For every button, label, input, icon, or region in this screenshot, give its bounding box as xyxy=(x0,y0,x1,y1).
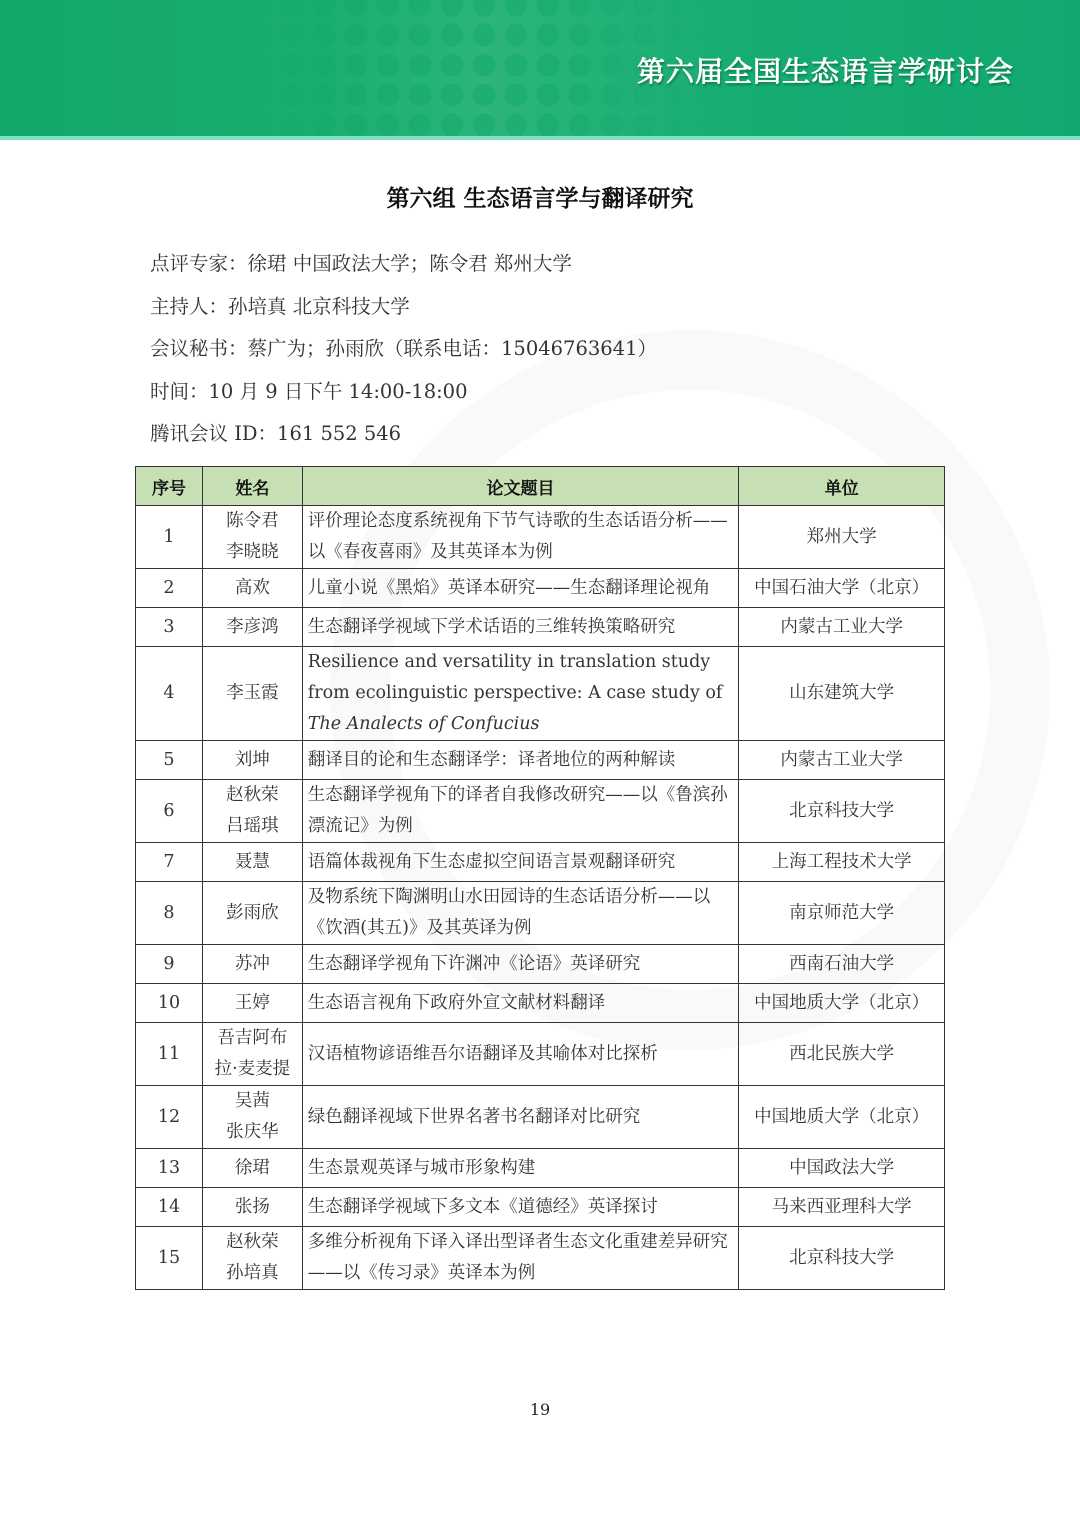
time-line: 时间：10 月 9 日下午 14:00-18:00 xyxy=(150,371,657,414)
papers-table: 序号 姓名 论文题目 单位 1陈令君李晓晓评价理论态度系统视角下节气诗歌的生态话… xyxy=(135,466,945,1290)
author-name: 拉·麦麦提 xyxy=(207,1054,298,1085)
row-index: 15 xyxy=(136,1227,203,1290)
author-name: 赵秋荣 xyxy=(207,780,298,811)
row-index: 12 xyxy=(136,1086,203,1149)
header-unit: 单位 xyxy=(739,467,945,506)
row-index: 10 xyxy=(136,984,203,1023)
table-row: 1陈令君李晓晓评价理论态度系统视角下节气诗歌的生态话语分析——以《春夜喜雨》及其… xyxy=(136,506,945,569)
conference-banner: 第六届全国生态语言学研讨会 xyxy=(0,0,1080,140)
table-row: 11吾吉阿布拉·麦麦提汉语植物谚语维吾尔语翻译及其喻体对比探析西北民族大学 xyxy=(136,1023,945,1086)
session-info: 点评专家：徐珺 中国政法大学；陈令君 郑州大学 主持人：孙培真 北京科技大学 会… xyxy=(150,243,657,456)
row-index: 13 xyxy=(136,1149,203,1188)
row-affiliation: 郑州大学 xyxy=(739,506,945,569)
row-affiliation: 西北民族大学 xyxy=(739,1023,945,1086)
row-index: 14 xyxy=(136,1188,203,1227)
banner-divider xyxy=(0,136,1080,140)
table-row: 3李彦鸿生态翻译学视域下学术话语的三维转换策略研究内蒙古工业大学 xyxy=(136,608,945,647)
row-paper-title: 翻译目的论和生态翻译学：译者地位的两种解读 xyxy=(302,741,738,780)
author-name: 孙培真 xyxy=(207,1258,298,1289)
row-affiliation: 西南石油大学 xyxy=(739,945,945,984)
table-body: 1陈令君李晓晓评价理论态度系统视角下节气诗歌的生态话语分析——以《春夜喜雨》及其… xyxy=(136,506,945,1290)
table-row: 8彭雨欣及物系统下陶渊明山水田园诗的生态话语分析——以《饮酒(其五)》及其英译为… xyxy=(136,882,945,945)
author-name: 张扬 xyxy=(207,1192,298,1223)
conference-title: 第六届全国生态语言学研讨会 xyxy=(637,50,1014,90)
author-name: 陈令君 xyxy=(207,506,298,537)
row-paper-title: 生态语言视角下政府外宣文献材料翻译 xyxy=(302,984,738,1023)
row-authors: 李彦鸿 xyxy=(202,608,302,647)
row-affiliation: 中国政法大学 xyxy=(739,1149,945,1188)
table-row: 14张扬生态翻译学视域下多文本《道德经》英译探讨马来西亚理科大学 xyxy=(136,1188,945,1227)
header-name: 姓名 xyxy=(202,467,302,506)
author-name: 王婷 xyxy=(207,988,298,1019)
row-authors: 刘坤 xyxy=(202,741,302,780)
row-paper-title: 绿色翻译视域下世界名著书名翻译对比研究 xyxy=(302,1086,738,1149)
row-affiliation: 北京科技大学 xyxy=(739,780,945,843)
row-affiliation: 中国地质大学（北京） xyxy=(739,984,945,1023)
header-title: 论文题目 xyxy=(302,467,738,506)
row-affiliation: 中国石油大学（北京） xyxy=(739,569,945,608)
row-index: 4 xyxy=(136,647,203,741)
author-name: 徐珺 xyxy=(207,1153,298,1184)
row-index: 8 xyxy=(136,882,203,945)
author-name: 李玉霞 xyxy=(207,678,298,709)
row-authors: 徐珺 xyxy=(202,1149,302,1188)
row-affiliation: 中国地质大学（北京） xyxy=(739,1086,945,1149)
author-name: 刘坤 xyxy=(207,745,298,776)
row-affiliation: 南京师范大学 xyxy=(739,882,945,945)
row-index: 6 xyxy=(136,780,203,843)
author-name: 赵秋荣 xyxy=(207,1227,298,1258)
row-paper-title: 生态景观英译与城市形象构建 xyxy=(302,1149,738,1188)
author-name: 李彦鸿 xyxy=(207,612,298,643)
reviewers-line: 点评专家：徐珺 中国政法大学；陈令君 郑州大学 xyxy=(150,243,657,286)
row-affiliation: 山东建筑大学 xyxy=(739,647,945,741)
paper-title-text: Resilience and versatility in translatio… xyxy=(308,652,723,703)
table-row: 10王婷生态语言视角下政府外宣文献材料翻译中国地质大学（北京） xyxy=(136,984,945,1023)
row-index: 3 xyxy=(136,608,203,647)
row-paper-title: 及物系统下陶渊明山水田园诗的生态话语分析——以《饮酒(其五)》及其英译为例 xyxy=(302,882,738,945)
host-line: 主持人：孙培真 北京科技大学 xyxy=(150,286,657,329)
author-name: 吴茜 xyxy=(207,1086,298,1117)
row-paper-title: 生态翻译学视域下学术话语的三维转换策略研究 xyxy=(302,608,738,647)
table-row: 5刘坤翻译目的论和生态翻译学：译者地位的两种解读内蒙古工业大学 xyxy=(136,741,945,780)
table-row: 12吴茜张庆华绿色翻译视域下世界名著书名翻译对比研究中国地质大学（北京） xyxy=(136,1086,945,1149)
author-name: 彭雨欣 xyxy=(207,898,298,929)
table-row: 9苏冲生态翻译学视角下许渊冲《论语》英译研究西南石油大学 xyxy=(136,945,945,984)
table-row: 4李玉霞Resilience and versatility in transl… xyxy=(136,647,945,741)
row-authors: 吴茜张庆华 xyxy=(202,1086,302,1149)
row-affiliation: 上海工程技术大学 xyxy=(739,843,945,882)
row-authors: 赵秋荣吕瑶琪 xyxy=(202,780,302,843)
row-index: 1 xyxy=(136,506,203,569)
row-index: 7 xyxy=(136,843,203,882)
row-index: 2 xyxy=(136,569,203,608)
row-authors: 彭雨欣 xyxy=(202,882,302,945)
table-row: 6赵秋荣吕瑶琪生态翻译学视角下的译者自我修改研究——以《鲁滨孙漂流记》为例北京科… xyxy=(136,780,945,843)
table-row: 13徐珺生态景观英译与城市形象构建中国政法大学 xyxy=(136,1149,945,1188)
row-affiliation: 马来西亚理科大学 xyxy=(739,1188,945,1227)
row-paper-title: 生态翻译学视域下多文本《道德经》英译探讨 xyxy=(302,1188,738,1227)
author-name: 高欢 xyxy=(207,573,298,604)
row-authors: 李玉霞 xyxy=(202,647,302,741)
row-authors: 高欢 xyxy=(202,569,302,608)
row-authors: 王婷 xyxy=(202,984,302,1023)
row-index: 5 xyxy=(136,741,203,780)
table-row: 7聂慧语篇体裁视角下生态虚拟空间语言景观翻译研究上海工程技术大学 xyxy=(136,843,945,882)
author-name: 苏冲 xyxy=(207,949,298,980)
row-authors: 陈令君李晓晓 xyxy=(202,506,302,569)
author-name: 吾吉阿布 xyxy=(207,1023,298,1054)
row-authors: 赵秋荣孙培真 xyxy=(202,1227,302,1290)
author-name: 李晓晓 xyxy=(207,537,298,568)
row-paper-title: 多维分析视角下译入译出型译者生态文化重建差异研究——以《传习录》英译本为例 xyxy=(302,1227,738,1290)
row-paper-title: 生态翻译学视角下的译者自我修改研究——以《鲁滨孙漂流记》为例 xyxy=(302,780,738,843)
row-paper-title: 汉语植物谚语维吾尔语翻译及其喻体对比探析 xyxy=(302,1023,738,1086)
table-row: 2高欢儿童小说《黑焰》英译本研究——生态翻译理论视角中国石油大学（北京） xyxy=(136,569,945,608)
row-paper-title: 语篇体裁视角下生态虚拟空间语言景观翻译研究 xyxy=(302,843,738,882)
author-name: 张庆华 xyxy=(207,1117,298,1148)
author-name: 聂慧 xyxy=(207,847,298,878)
row-index: 11 xyxy=(136,1023,203,1086)
row-authors: 张扬 xyxy=(202,1188,302,1227)
row-paper-title: Resilience and versatility in translatio… xyxy=(302,647,738,741)
row-authors: 聂慧 xyxy=(202,843,302,882)
meeting-id-line: 腾讯会议 ID：161 552 546 xyxy=(150,413,657,456)
section-title: 第六组 生态语言学与翻译研究 xyxy=(0,180,1080,213)
row-authors: 苏冲 xyxy=(202,945,302,984)
row-index: 9 xyxy=(136,945,203,984)
table-row: 15赵秋荣孙培真多维分析视角下译入译出型译者生态文化重建差异研究——以《传习录》… xyxy=(136,1227,945,1290)
row-affiliation: 内蒙古工业大学 xyxy=(739,608,945,647)
row-affiliation: 北京科技大学 xyxy=(739,1227,945,1290)
row-paper-title: 生态翻译学视角下许渊冲《论语》英译研究 xyxy=(302,945,738,984)
table-header-row: 序号 姓名 论文题目 单位 xyxy=(136,467,945,506)
header-index: 序号 xyxy=(136,467,203,506)
row-paper-title: 儿童小说《黑焰》英译本研究——生态翻译理论视角 xyxy=(302,569,738,608)
author-name: 吕瑶琪 xyxy=(207,811,298,842)
paper-title-italic: The Analects of Confucius xyxy=(308,714,540,734)
secretary-line: 会议秘书：蔡广为；孙雨欣（联系电话：15046763641） xyxy=(150,328,657,371)
row-authors: 吾吉阿布拉·麦麦提 xyxy=(202,1023,302,1086)
row-paper-title: 评价理论态度系统视角下节气诗歌的生态话语分析——以《春夜喜雨》及其英译本为例 xyxy=(302,506,738,569)
row-affiliation: 内蒙古工业大学 xyxy=(739,741,945,780)
page-number: 19 xyxy=(0,1400,1080,1419)
